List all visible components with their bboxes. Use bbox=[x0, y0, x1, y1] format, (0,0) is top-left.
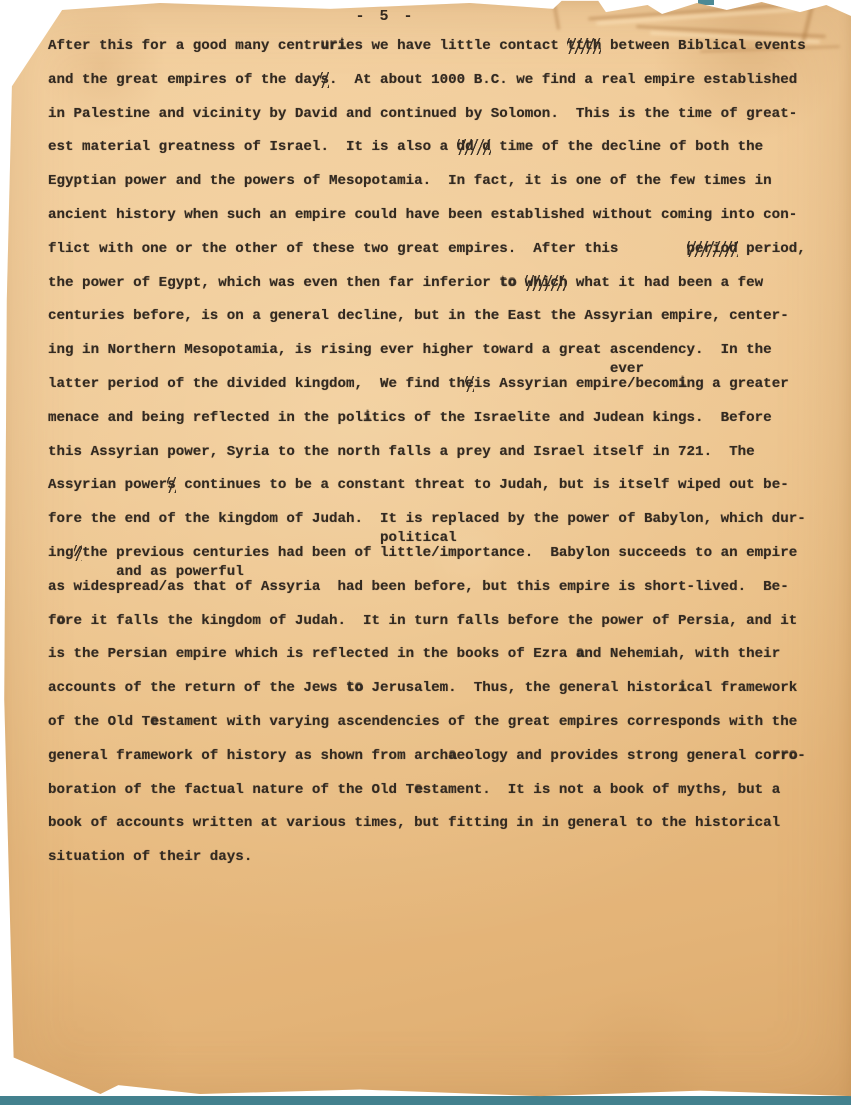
text-line: is the Persian empire which is reflected… bbox=[48, 646, 818, 680]
text-run: of the Old T bbox=[48, 714, 150, 730]
text-run: as widespread/as that of Assyria had bee… bbox=[48, 579, 789, 595]
text-line: flict with one or the other of these two… bbox=[48, 241, 818, 275]
text-run: ancient history when such an empire coul… bbox=[48, 207, 797, 223]
text-run: the previous centuries had been of littl… bbox=[82, 545, 797, 561]
text-run: is Assyrian empire/becom bbox=[474, 376, 678, 392]
text-run: re it falls the kingdom of Judah. It in … bbox=[65, 613, 797, 629]
interlinear-insertion: ever bbox=[610, 361, 644, 377]
text-run: e bbox=[414, 782, 423, 798]
text-run: continues to be a constant threat to Jud… bbox=[176, 477, 789, 493]
text-run: Egyptian power and the powers of Mesopot… bbox=[48, 173, 772, 189]
text-run: to bbox=[346, 680, 363, 696]
text-run: nd Nehemiah, with their bbox=[584, 646, 780, 662]
scanner-bed-strip bbox=[0, 1096, 851, 1105]
text-run: Assyrian power bbox=[48, 477, 167, 493]
text-run: flict with one or the other of these two… bbox=[48, 241, 687, 257]
text-run: rro bbox=[772, 748, 798, 764]
text-run: / bbox=[74, 545, 83, 561]
text-run: cal framework bbox=[687, 680, 798, 696]
text-line: fore it falls the kingdom of Judah. It i… bbox=[48, 613, 818, 647]
text-line: general framework of history as shown fr… bbox=[48, 748, 818, 782]
text-run: . At about 1000 B.C. we find a real empi… bbox=[329, 72, 797, 88]
text-run: period, bbox=[738, 241, 806, 257]
text-run: to bbox=[499, 275, 516, 291]
text-line: situation of their days. bbox=[48, 849, 818, 883]
text-run: the power of Egypt, which was even then … bbox=[48, 275, 499, 291]
text-run: ttth bbox=[567, 38, 601, 54]
text-run: est material greatness of Israel. It is … bbox=[48, 139, 457, 155]
text-run: what it had been a few bbox=[567, 275, 763, 291]
text-run: fore the end of the kingdom of Judah. It… bbox=[48, 511, 806, 527]
text-run: situation of their days. bbox=[48, 849, 252, 865]
text-line: est material greatness of Israel. It is … bbox=[48, 139, 818, 173]
text-line: of the Old Testament with varying ascend… bbox=[48, 714, 818, 748]
text-run bbox=[516, 275, 525, 291]
text-line: latter period of the divided kingdom, We… bbox=[48, 376, 818, 410]
document-page: - 5 - After this for a good many centrur… bbox=[0, 0, 851, 1105]
text-run: centuries before, is on a general declin… bbox=[48, 308, 789, 324]
text-line: and the great empires of the days. At ab… bbox=[48, 72, 818, 106]
document-body-text: After this for a good many centruries we… bbox=[48, 38, 818, 883]
text-run: is the Persian empire which is reflected… bbox=[48, 646, 576, 662]
text-run: es we have little contact bbox=[346, 38, 567, 54]
text-run: dd d bbox=[457, 139, 491, 155]
text-run: ing bbox=[48, 545, 74, 561]
text-run: e bbox=[150, 714, 159, 730]
text-line: Egyptian power and the powers of Mesopot… bbox=[48, 173, 818, 207]
text-line: in Palestine and vicinity by David and c… bbox=[48, 106, 818, 140]
text-run: stament with varying ascendencies of the… bbox=[159, 714, 798, 730]
text-run: between Biblical events bbox=[601, 38, 805, 54]
text-run: - bbox=[797, 748, 806, 764]
text-line: the power of Egypt, which was even then … bbox=[48, 275, 818, 309]
text-line: menace and being reflected in the politi… bbox=[48, 410, 818, 444]
text-run: e bbox=[465, 376, 474, 392]
text-run: tics of the Israelite and Judean kings. … bbox=[372, 410, 772, 426]
text-run: f bbox=[48, 613, 57, 629]
text-run: which bbox=[525, 275, 568, 291]
text-run: s bbox=[167, 477, 176, 493]
text-run: period bbox=[687, 241, 738, 257]
text-run: eology and provides strong general co bbox=[457, 748, 772, 764]
text-run: ing in Northern Mesopotamia, is rising e… bbox=[48, 342, 772, 358]
text-run: i bbox=[678, 376, 687, 392]
text-run: s bbox=[320, 72, 329, 88]
text-line: centuries before, is on a general declin… bbox=[48, 308, 818, 342]
text-line: as widespread/as that of Assyria had bee… bbox=[48, 579, 818, 613]
text-run: After this for a good many centr bbox=[48, 38, 320, 54]
text-line: ancient history when such an empire coul… bbox=[48, 207, 818, 241]
text-run: i bbox=[363, 410, 372, 426]
page-number: - 5 - bbox=[0, 8, 811, 25]
text-run: latter period of the divided kingdom, We… bbox=[48, 376, 465, 392]
paper-crease bbox=[636, 25, 826, 38]
text-run: stament. It is not a book of myths, but … bbox=[423, 782, 781, 798]
text-run: and the great empires of the day bbox=[48, 72, 320, 88]
text-run: book of accounts written at various time… bbox=[48, 815, 780, 831]
text-line: boration of the factual nature of the Ol… bbox=[48, 782, 818, 816]
text-line: Assyrian powers continues to be a consta… bbox=[48, 477, 818, 511]
text-line: ing in Northern Mesopotamia, is rising e… bbox=[48, 342, 818, 376]
text-run: ng a greater bbox=[687, 376, 789, 392]
text-run: a bbox=[448, 748, 457, 764]
text-line: accounts of the return of the Jews to Je… bbox=[48, 680, 818, 714]
text-line: book of accounts written at various time… bbox=[48, 815, 818, 849]
interlinear-insertion: and as powerful bbox=[116, 564, 244, 580]
text-run: time of the decline of both the bbox=[491, 139, 763, 155]
text-run: uri bbox=[320, 38, 346, 54]
text-run: in Palestine and vicinity by David and c… bbox=[48, 106, 797, 122]
text-run: this Assyrian power, Syria to the north … bbox=[48, 444, 755, 460]
text-line: this Assyrian power, Syria to the north … bbox=[48, 444, 818, 478]
text-run: menace and being reflected in the pol bbox=[48, 410, 363, 426]
interlinear-insertion: political bbox=[380, 530, 457, 546]
text-run: Jerusalem. Thus, the general histor bbox=[363, 680, 678, 696]
text-line: After this for a good many centruries we… bbox=[48, 38, 818, 72]
text-run: boration of the factual nature of the Ol… bbox=[48, 782, 414, 798]
text-run: general framework of history as shown fr… bbox=[48, 748, 448, 764]
text-run: i bbox=[678, 680, 687, 696]
text-run: o bbox=[57, 613, 66, 629]
text-run: accounts of the return of the Jews bbox=[48, 680, 346, 696]
